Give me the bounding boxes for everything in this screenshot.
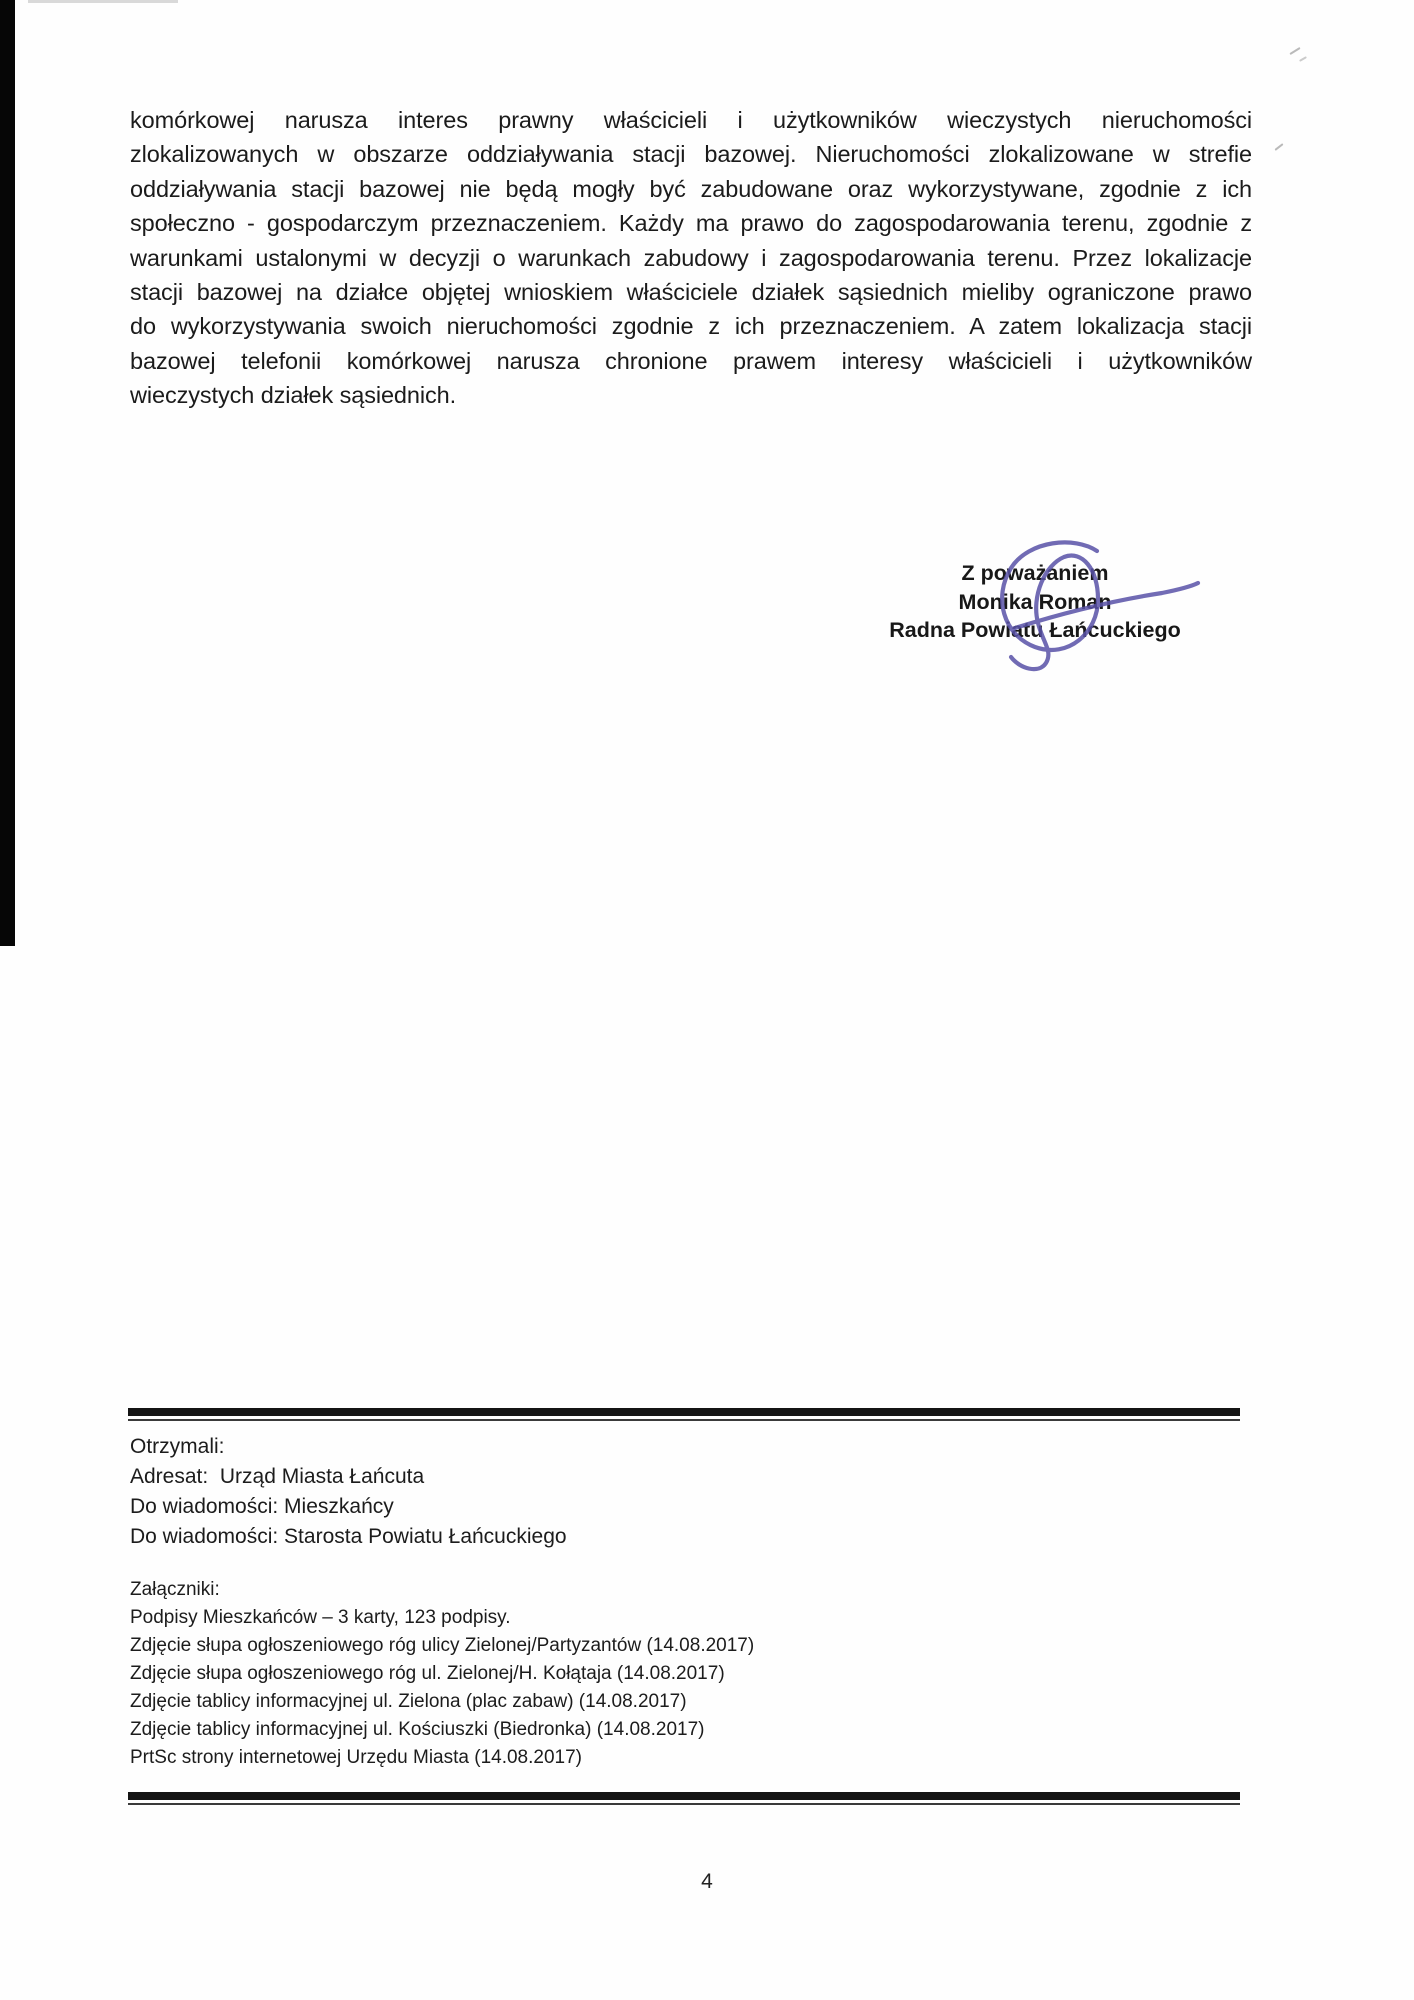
attachments-list: Załączniki: Podpisy Mieszkańców – 3 kart… — [130, 1576, 1030, 1772]
distribution-heading: Otrzymali: — [130, 1432, 1030, 1462]
attachment-line: Zdjęcie słupa ogłoszeniowego róg ul. Zie… — [130, 1660, 1030, 1688]
distribution-line: Adresat: Urząd Miasta Łańcuta — [130, 1462, 1030, 1492]
attachment-line: Zdjęcie tablicy informacyjnej ul. Kościu… — [130, 1716, 1030, 1744]
distribution-line: Do wiadomości: Mieszkańcy — [130, 1492, 1030, 1522]
paragraph-line: bazowej telefonii komórkowej narusza chr… — [130, 344, 1252, 378]
distribution-list: Otrzymali: Adresat: Urząd Miasta Łańcuta… — [130, 1432, 1030, 1552]
scan-edge-artifact — [0, 0, 15, 946]
scan-smudge — [28, 0, 178, 3]
scan-speck — [1299, 56, 1307, 62]
paragraph-line: wieczystych działek sąsiednich. — [130, 378, 1252, 412]
footer-rule-top-thin — [128, 1419, 1240, 1421]
attachment-line: PrtSc strony internetowej Urzędu Miasta … — [130, 1744, 1030, 1772]
paragraph-line: warunkami ustalonymi w decyzji o warunka… — [130, 241, 1252, 275]
attachment-line: Podpisy Mieszkańców – 3 karty, 123 podpi… — [130, 1604, 1030, 1632]
attachments-heading: Załączniki: — [130, 1576, 1030, 1604]
paragraph-line: społeczno - gospodarczym przeznaczeniem.… — [130, 206, 1252, 240]
footer-rule-bottom-thin — [128, 1803, 1240, 1805]
footer-rule-top-thick — [128, 1408, 1240, 1416]
footer-rule-bottom-thick — [128, 1792, 1240, 1800]
page-number: 4 — [657, 1870, 757, 1894]
attachment-line: Zdjęcie tablicy informacyjnej ul. Zielon… — [130, 1688, 1030, 1716]
paragraph-line: komórkowej narusza interes prawny właści… — [130, 103, 1252, 137]
scanned-letter-page: komórkowej narusza interes prawny właści… — [0, 0, 1414, 2000]
scan-speck — [1274, 143, 1283, 151]
paragraph-line: zlokalizowanych w obszarze oddziaływania… — [130, 137, 1252, 171]
attachment-line: Zdjęcie słupa ogłoszeniowego róg ulicy Z… — [130, 1632, 1030, 1660]
handwritten-signature — [960, 520, 1220, 690]
body-paragraph: komórkowej narusza interes prawny właści… — [130, 103, 1252, 413]
paragraph-line: do wykorzystywania swoich nieruchomości … — [130, 309, 1252, 343]
distribution-line: Do wiadomości: Starosta Powiatu Łańcucki… — [130, 1522, 1030, 1552]
paragraph-line: stacji bazowej na działce objętej wniosk… — [130, 275, 1252, 309]
scan-speck — [1289, 47, 1300, 55]
paragraph-line: oddziaływania stacji bazowej nie będą mo… — [130, 172, 1252, 206]
